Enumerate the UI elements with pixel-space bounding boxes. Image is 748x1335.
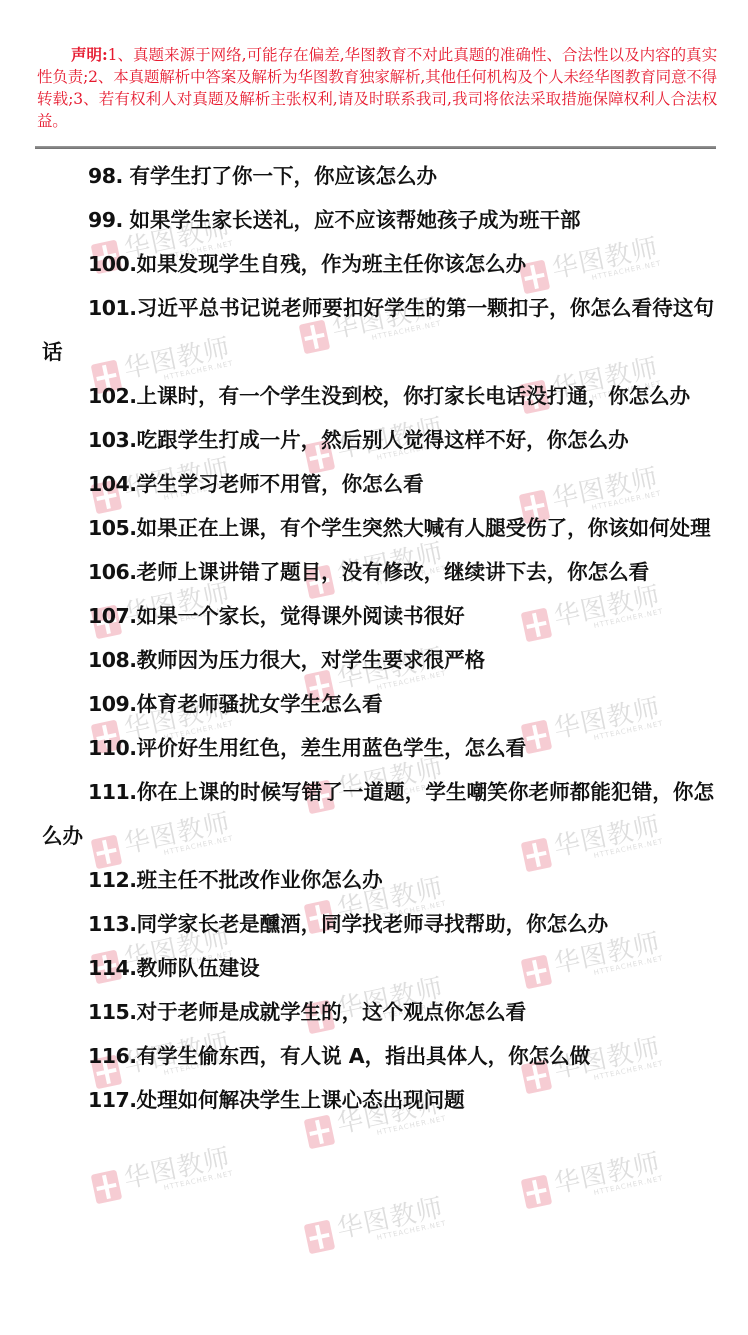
question-number: 107. xyxy=(88,604,137,628)
question-text: 老师上课讲错了题目，没有修改，继续讲下去，你怎么看 xyxy=(137,560,650,584)
brand-logo-icon xyxy=(91,1170,123,1205)
question-text: 如果正在上课，有个学生突然大喊有人腿受伤了，你该如何处理 xyxy=(137,516,711,540)
brand-logo-icon xyxy=(521,1175,553,1210)
header-divider xyxy=(35,146,716,149)
question-item: 103.吃跟学生打成一片，然后别人觉得这样不好，你怎么办 xyxy=(42,418,714,462)
question-text: 处理如何解决学生上课心态出现问题 xyxy=(137,1088,465,1112)
question-text: 你在上课的时候写错了一道题，学生嘲笑你老师都能犯错，你怎么办 xyxy=(42,780,714,848)
question-item: 99. 如果学生家长送礼，应不应该帮她孩子成为班干部 xyxy=(42,198,714,242)
question-item: 115.对于老师是成就学生的，这个观点你怎么看 xyxy=(42,990,714,1034)
question-item: 107.如果一个家长，觉得课外阅读书很好 xyxy=(42,594,714,638)
question-text: 有学生偷东西，有人说 A，指出具体人，你怎么做 xyxy=(137,1044,591,1068)
question-number: 106. xyxy=(88,560,137,584)
question-item: 104.学生学习老师不用管，你怎么看 xyxy=(42,462,714,506)
watermark: 华图教师HTTEACHER.NET xyxy=(302,1184,468,1262)
question-number: 102. xyxy=(88,384,137,408)
question-item: 108.教师因为压力很大，对学生要求很严格 xyxy=(42,638,714,682)
question-number: 101. xyxy=(88,296,137,320)
question-item: 106.老师上课讲错了题目，没有修改，继续讲下去，你怎么看 xyxy=(42,550,714,594)
question-item: 102.上课时，有一个学生没到校，你打家长电话没打通，你怎么办 xyxy=(42,374,714,418)
question-item: 116.有学生偷东西，有人说 A，指出具体人，你怎么做 xyxy=(42,1034,714,1078)
watermark: 华图教师HTTEACHER.NET xyxy=(89,1134,255,1212)
question-text: 如果学生家长送礼，应不应该帮她孩子成为班干部 xyxy=(129,208,580,232)
question-text: 如果发现学生自残，作为班主任你该怎么办 xyxy=(137,252,527,276)
question-number: 109. xyxy=(88,692,137,716)
question-number: 105. xyxy=(88,516,137,540)
question-text: 体育老师骚扰女学生怎么看 xyxy=(137,692,383,716)
question-item: 110.评价好生用红色，差生用蓝色学生，怎么看 xyxy=(42,726,714,770)
question-text: 同学家长老是醺酒，同学找老师寻找帮助，你怎么办 xyxy=(137,912,609,936)
question-item: 113.同学家长老是醺酒，同学找老师寻找帮助，你怎么办 xyxy=(42,902,714,946)
disclaimer-notice: 声明:1、真题来源于网络,可能存在偏差,华图教育不对此真题的准确性、合法性以及内… xyxy=(37,44,717,132)
brand-logo-icon xyxy=(304,1220,336,1255)
disclaimer-label: 声明: xyxy=(37,45,108,64)
question-number: 110. xyxy=(88,736,137,760)
question-number: 114. xyxy=(88,956,137,980)
question-number: 113. xyxy=(88,912,137,936)
question-text: 习近平总书记说老师要扣好学生的第一颗扣子，你怎么看待这句话 xyxy=(42,296,714,364)
question-text: 学生学习老师不用管，你怎么看 xyxy=(137,472,424,496)
question-number: 111. xyxy=(88,780,137,804)
question-item: 105.如果正在上课，有个学生突然大喊有人腿受伤了，你该如何处理 xyxy=(42,506,714,550)
question-item: 100.如果发现学生自残，作为班主任你该怎么办 xyxy=(42,242,714,286)
question-text: 有学生打了你一下，你应该怎么办 xyxy=(129,164,437,188)
watermark: 华图教师HTTEACHER.NET xyxy=(519,1139,685,1217)
question-item: 111.你在上课的时候写错了一道题，学生嘲笑你老师都能犯错，你怎么办 xyxy=(42,770,714,858)
question-text: 班主任不批改作业你怎么办 xyxy=(137,868,383,892)
question-list: 98. 有学生打了你一下，你应该怎么办 99. 如果学生家长送礼，应不应该帮她孩… xyxy=(42,154,714,1122)
question-number: 100. xyxy=(88,252,137,276)
question-number: 103. xyxy=(88,428,137,452)
question-text: 对于老师是成就学生的，这个观点你怎么看 xyxy=(137,1000,527,1024)
question-number: 116. xyxy=(88,1044,137,1068)
question-text: 评价好生用红色，差生用蓝色学生，怎么看 xyxy=(137,736,527,760)
question-number: 104. xyxy=(88,472,137,496)
question-item: 117.处理如何解决学生上课心态出现问题 xyxy=(42,1078,714,1122)
question-number: 117. xyxy=(88,1088,137,1112)
question-number: 115. xyxy=(88,1000,137,1024)
question-text: 吃跟学生打成一片，然后别人觉得这样不好，你怎么办 xyxy=(137,428,629,452)
question-item: 101.习近平总书记说老师要扣好学生的第一颗扣子，你怎么看待这句话 xyxy=(42,286,714,374)
question-item: 98. 有学生打了你一下，你应该怎么办 xyxy=(42,154,714,198)
question-text: 教师队伍建设 xyxy=(137,956,260,980)
question-number: 98. xyxy=(88,164,129,188)
question-item: 109.体育老师骚扰女学生怎么看 xyxy=(42,682,714,726)
question-number: 99. xyxy=(88,208,129,232)
disclaimer-text: 1、真题来源于网络,可能存在偏差,华图教育不对此真题的准确性、合法性以及内容的真… xyxy=(37,46,717,130)
question-text: 上课时，有一个学生没到校，你打家长电话没打通，你怎么办 xyxy=(137,384,691,408)
question-number: 108. xyxy=(88,648,137,672)
question-number: 112. xyxy=(88,868,137,892)
question-item: 114.教师队伍建设 xyxy=(42,946,714,990)
question-text: 如果一个家长，觉得课外阅读书很好 xyxy=(137,604,465,628)
question-item: 112.班主任不批改作业你怎么办 xyxy=(42,858,714,902)
question-text: 教师因为压力很大，对学生要求很严格 xyxy=(137,648,486,672)
